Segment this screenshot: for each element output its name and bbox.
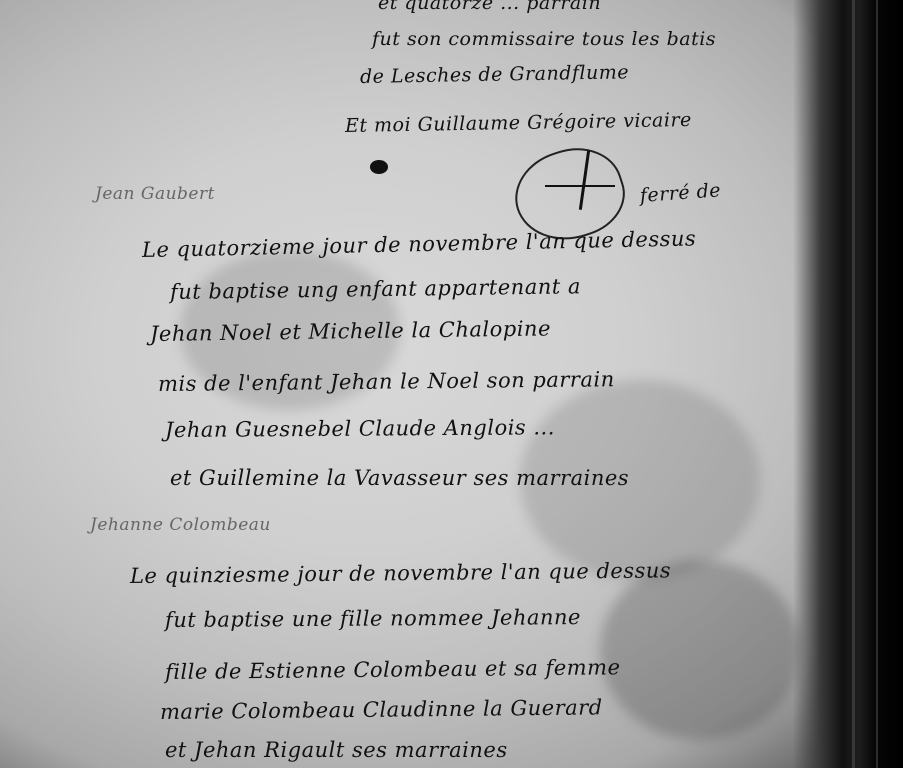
book-binding-gutter xyxy=(793,0,903,768)
entry-2-line-4: marie Colombeau Claudinne la Guerard xyxy=(160,695,603,724)
manuscript-page: et quatorze ... parrain fut son commissa… xyxy=(0,0,903,768)
entry-2-line-3: fille de Estienne Colombeau et sa femme xyxy=(165,655,621,684)
top-line-2: fut son commissaire tous les batis xyxy=(372,28,716,50)
signature-bar xyxy=(545,185,615,187)
paper-stain xyxy=(600,560,800,740)
signature-text: ferré de xyxy=(639,179,721,207)
top-line-4: Et moi Guillaume Grégoire vicaire xyxy=(345,109,692,137)
entry-1-line-4: mis de l'enfant Jehan le Noel son parrai… xyxy=(158,367,615,396)
margin-note-entry-2: Jehanne Colombeau xyxy=(90,515,271,535)
binding-edge xyxy=(876,0,878,768)
ink-blot xyxy=(370,160,388,174)
top-line-1: et quatorze ... parrain xyxy=(378,0,601,14)
entry-2-line-1: Le quinziesme jour de novembre l'an que … xyxy=(130,558,671,588)
entry-2-line-2: fut baptise une fille nommee Jehanne xyxy=(165,605,581,632)
margin-note-entry-1: Jean Gaubert xyxy=(95,184,215,204)
entry-1-line-6: et Guillemine la Vavasseur ses marraines xyxy=(170,466,629,490)
top-line-3: de Lesches de Grandflume xyxy=(360,61,629,88)
entry-1-line-5: Jehan Guesnebel Claude Anglois ... xyxy=(165,415,555,442)
entry-1-line-1: Le quatorzieme jour de novembre l'an que… xyxy=(142,226,697,262)
entry-2-line-5: et Jehan Rigault ses marraines xyxy=(165,738,508,762)
entry-1-line-3: Jehan Noel et Michelle la Chalopine xyxy=(150,316,551,346)
binding-edge xyxy=(852,0,855,768)
entry-1-line-2: fut baptise ung enfant appartenant a xyxy=(170,274,581,304)
